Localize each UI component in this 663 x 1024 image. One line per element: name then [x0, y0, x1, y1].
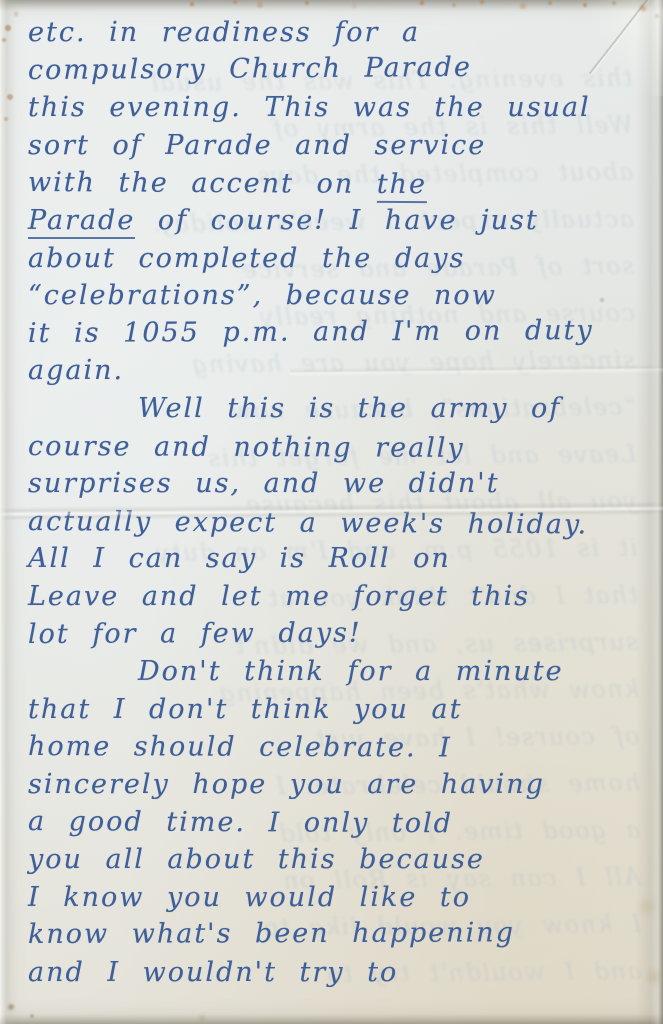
foxing-stains [0, 0, 4, 4]
letter-line: actually expect a week's holiday. [28, 503, 648, 544]
letter-line: Well this is the army of [28, 390, 648, 428]
letter-line: know what's been happening [28, 914, 648, 954]
letter-body: etc. in readiness for a compulsory Churc… [28, 14, 648, 991]
letter-line: it is 1055 p.m. and I'm on duty [28, 312, 648, 353]
letter-line: course and nothing really [28, 428, 648, 468]
letter-line: “celebrations”, because now [28, 277, 648, 315]
letter-line: etc. in readiness for a [28, 14, 648, 52]
letter-line: that I don't think you at [28, 691, 648, 729]
letter-line: Parade of course! I have just [28, 202, 648, 240]
letter-line: All I can say is Roll on [28, 540, 648, 578]
letter-line-segment: of course! I have just [135, 205, 538, 236]
letter-line: home should celebrate. I [28, 728, 648, 768]
letter-line: Don't think for a minute [28, 653, 648, 691]
paper-bottom-edge [0, 1014, 663, 1024]
letter-line: sort of Parade and service [28, 127, 648, 165]
letter-line: this evening. This was the usual [28, 89, 648, 127]
letter-line: about completed the days [28, 240, 648, 278]
letter-line: and I wouldn't try to [28, 954, 648, 992]
letter-line: you all about this because [28, 841, 648, 879]
paper-top-edge [0, 0, 663, 12]
letter-line: a good time. I only told [28, 803, 648, 844]
paper-left-edge [0, 0, 15, 1024]
letter-line: Leave and let me forget this [28, 578, 648, 616]
letter-line-segment: with the accent on [28, 167, 377, 200]
underlined-word: the [377, 169, 427, 203]
letter-line: surprises us, and we didn't [28, 465, 648, 503]
letter-page: this evening. This was the usual Well th… [0, 0, 663, 1024]
letter-line: compulsory Church Parade [28, 47, 648, 89]
letter-line: sincerely hope you are having [28, 766, 648, 804]
letter-line: again. [28, 352, 648, 390]
letter-line: lot for a few days! [28, 613, 648, 653]
underlined-word: Parade [28, 205, 135, 239]
letter-line: I know you would like to [28, 879, 648, 917]
letter-line: with the accent on the [28, 164, 648, 205]
